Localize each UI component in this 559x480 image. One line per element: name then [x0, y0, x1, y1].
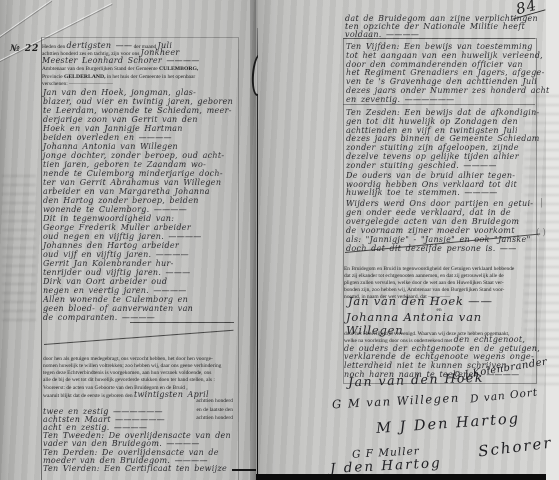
- form-rule: [343, 104, 535, 105]
- text-line: dat zij elkander tot echtgenooten aannem…: [344, 269, 534, 276]
- text-line: door den commanderenden officier van: [346, 59, 533, 68]
- text-line: vader van den Bruidegom. ————: [43, 438, 235, 446]
- text-line: beiden overleden en ————: [43, 131, 235, 140]
- text-line: verschenen: ————————: [42, 77, 236, 84]
- right-page: dat de Bruidegom aan zijne verplichtinge…: [258, 0, 546, 480]
- text-line: en zeventig. ——————: [346, 94, 533, 103]
- parties-and-witnesses-text: Jan van den Hoek, jongman, glas-blazer, …: [43, 86, 235, 320]
- text-line: Ten Vierden: Een Certificaat ten bewijze: [43, 463, 235, 471]
- text-line: negen en veertig jaren. ————: [43, 284, 235, 293]
- text-line: waaruit blijkt dat de eerste is geboren …: [43, 389, 235, 397]
- text-line: Ambtenaar van den Burgerlijken Stand der…: [42, 62, 236, 69]
- text-line: dat de Bruidegom aan zijne verplichtinge…: [345, 13, 533, 21]
- text-line: blazer, oud vier en twintig jaren, gebor…: [43, 95, 235, 104]
- text-line: geen bloed- of aanverwanten van: [43, 302, 235, 311]
- text-line: bonden zijn, zoo hebben wij, Ambtenaar v…: [344, 283, 534, 290]
- printed-clause-text: door hen als getuigen medegebragt, ons v…: [43, 352, 235, 380]
- text-line: Meester Leonhard Schorer ————: [42, 55, 236, 62]
- text-line: Ten Zesden: Een bewijs dat de afkondigin…: [346, 107, 533, 116]
- text-line: dezes jaars binnen de Gemeente Schiedam: [346, 133, 533, 142]
- text-line: door hen als getuigen medegebragt, ons v…: [43, 352, 235, 359]
- text-line: de voornaam zijner moeder voorkomt: [346, 224, 533, 233]
- text-line: den Hartog zonder beroep, beiden: [43, 194, 235, 203]
- text-line: derjarige zoon van Gerrit van den: [43, 113, 235, 122]
- text-line: het Regiment Grenadiers en Jagers, afgeg…: [346, 67, 533, 76]
- text-line: dezes jaars onder Nummer zes honderd ach…: [346, 85, 533, 94]
- text-line: achttien honderd zes en tachtig, zijn vo…: [42, 47, 236, 54]
- text-line: jonge dochter, zonder beroep, oud acht-: [43, 149, 235, 158]
- text-line: nomen huwelijk te willen voltrekken; zoo…: [43, 359, 235, 366]
- text-line: achttien honderd: [43, 397, 235, 405]
- text-line: gen tot dit huwelijk op Zondagen den: [346, 116, 533, 125]
- left-page: № 22 Heden den dertigsten —— der maand J…: [0, 0, 256, 480]
- text-line: moeder van den Bruidegom. ————: [43, 455, 235, 463]
- text-line: te Leerdam, wonende te Schiedam, meer-: [43, 104, 235, 113]
- text-line: tot het aangaan van een huwelijk verleen…: [346, 50, 533, 59]
- text-line: de ouders der echtgenoote en de getuigen…: [344, 343, 534, 352]
- text-line: wonende te Culemborg. ————: [43, 203, 235, 212]
- parental-consent-text: De ouders van de bruid alhier tegen-woor…: [346, 170, 533, 196]
- marriage-register-scan: № 22 Heden den dertigsten —— der maand J…: [0, 0, 559, 480]
- text-line: achttienden en vijf en twintigsten Juli: [346, 125, 533, 134]
- text-line: tegen deze Echtverbindtenis is voorgekom…: [43, 366, 235, 373]
- text-line: de comparanten. ————: [43, 311, 235, 320]
- submitted-documents-text: Vooreerst: de acten van Geboorte van den…: [43, 381, 235, 471]
- text-line: acht en zestig. ————: [43, 422, 235, 430]
- text-line: ter van Gerrit Abrahamus van Willegen: [43, 176, 235, 185]
- text-line: dezelve tevens op gelijke tijden alhier: [346, 151, 533, 160]
- text-line: Heden den dertigsten —— der maand Juli: [42, 40, 236, 47]
- text-line: Dit in tegenwoordigheid van:: [43, 212, 235, 221]
- text-line: Vooreerst: de acten van Geboorte van den…: [43, 381, 235, 389]
- ink-showthrough: [2, 175, 36, 325]
- text-line: tien jaren, geboren te Zaandam wo-: [43, 158, 235, 167]
- text-line: oud negen en vijftig jaren. ————: [43, 230, 235, 239]
- text-line: overgelegde acten van den Bruidegom: [346, 215, 533, 224]
- page-corner-crease: [0, 0, 52, 41]
- text-line: Ten Vijfden: Een bewijs van toestemming: [346, 41, 533, 50]
- text-line: ten opzichte der Nationale Militie heeft: [345, 21, 533, 29]
- text-line: Jan van den Hoek, jongman, glas-: [43, 86, 235, 95]
- margin-pen-mark: ( ): [536, 228, 546, 238]
- text-line: oud vijf en vijftig jaren. ————: [43, 248, 235, 257]
- text-line: De ouders van de bruid alhier tegen-: [346, 170, 533, 179]
- marriage-pronouncement-text: En Bruidegom en Bruid in tegenwoordighei…: [344, 262, 534, 297]
- text-line: Hoek en van Jannigje Hartman: [43, 122, 235, 131]
- text-line: achtsten Maart ——————achttien honderd: [43, 414, 235, 422]
- text-line: Wijders werd Ons door partijen en getui-: [346, 197, 533, 206]
- act-header-text: Heden den dertigsten —— der maand Juliac…: [42, 40, 236, 84]
- text-line: door het Huwelijk zijn vereenigd. Waarva…: [344, 327, 534, 334]
- bride-name: Johanna Antonia van Willegen: [346, 311, 534, 324]
- text-line: nende te Culemborg minderjarige doch-: [43, 167, 235, 176]
- text-line: zonder stuiting zijn afgeloopen, zijnde: [346, 142, 533, 151]
- text-line: Gerrit Jan Kolenbrander hur-: [43, 257, 235, 266]
- ink-stroke: [130, 322, 234, 323]
- text-line: Ten Derden: De overlijdensacte van de: [43, 447, 235, 455]
- scan-bottom-edge: [256, 474, 546, 480]
- text-line: voldaan. ————: [345, 29, 533, 37]
- text-line: alle de bij de wet tot dit huwelijk gevo…: [43, 373, 235, 380]
- text-line: arbeider en van Margaretha Johanna: [43, 185, 235, 194]
- text-line: tenrijder oud vijftig jaren. ———: [43, 266, 235, 275]
- text-line: woordig hebben Ons verklaard tot dit: [346, 179, 533, 188]
- act-number: № 22: [10, 44, 39, 54]
- text-line: George Frederik Muller arbeider: [43, 221, 235, 230]
- text-line: Ten Tweeden: De overlijdensacte van den: [43, 430, 235, 438]
- text-line: gen onder eede verklaard, dat in de: [346, 206, 533, 215]
- text-line: welke na voorlezing door ons is ondertee…: [344, 334, 534, 343]
- margin-pen-mark: |: [540, 198, 543, 208]
- text-line: Provincie GELDERLAND, in het huis der Ge…: [42, 70, 236, 77]
- text-line: Johanna Antonia van Willegen: [43, 140, 235, 149]
- page-bottom-edge: [232, 469, 256, 471]
- text-line: Johannes den Hartog arbeider: [43, 239, 235, 248]
- text-line: pligten zullen vervullen, welke door de …: [344, 276, 534, 283]
- text-line: twee en zestig ——————en de laatste den: [43, 406, 235, 414]
- military-consent-text: Ten Vijfden: Een bewijs van toestemmingt…: [346, 41, 533, 103]
- text-line: huwelijk toe te stemmen. ————: [346, 187, 533, 196]
- text-line: zonder stuiting geschied. ————: [346, 160, 533, 169]
- banns-text: Ten Zesden: Een bewijs dat de afkondigin…: [346, 107, 533, 169]
- militia-clause-text: dat de Bruidegom aan zijne verplichtinge…: [345, 13, 533, 37]
- text-line: Allen wonende te Culemborg en: [43, 293, 235, 302]
- text-line: ven te 's Gravenhage den achttienden Jul…: [346, 76, 533, 85]
- text-line: verklarende de echtgenoote wegens onge-: [344, 351, 534, 360]
- text-line: Dirk van Oort arbeider oud: [43, 275, 235, 284]
- text-line: En Bruidegom en Bruid in tegenwoordighei…: [344, 262, 534, 269]
